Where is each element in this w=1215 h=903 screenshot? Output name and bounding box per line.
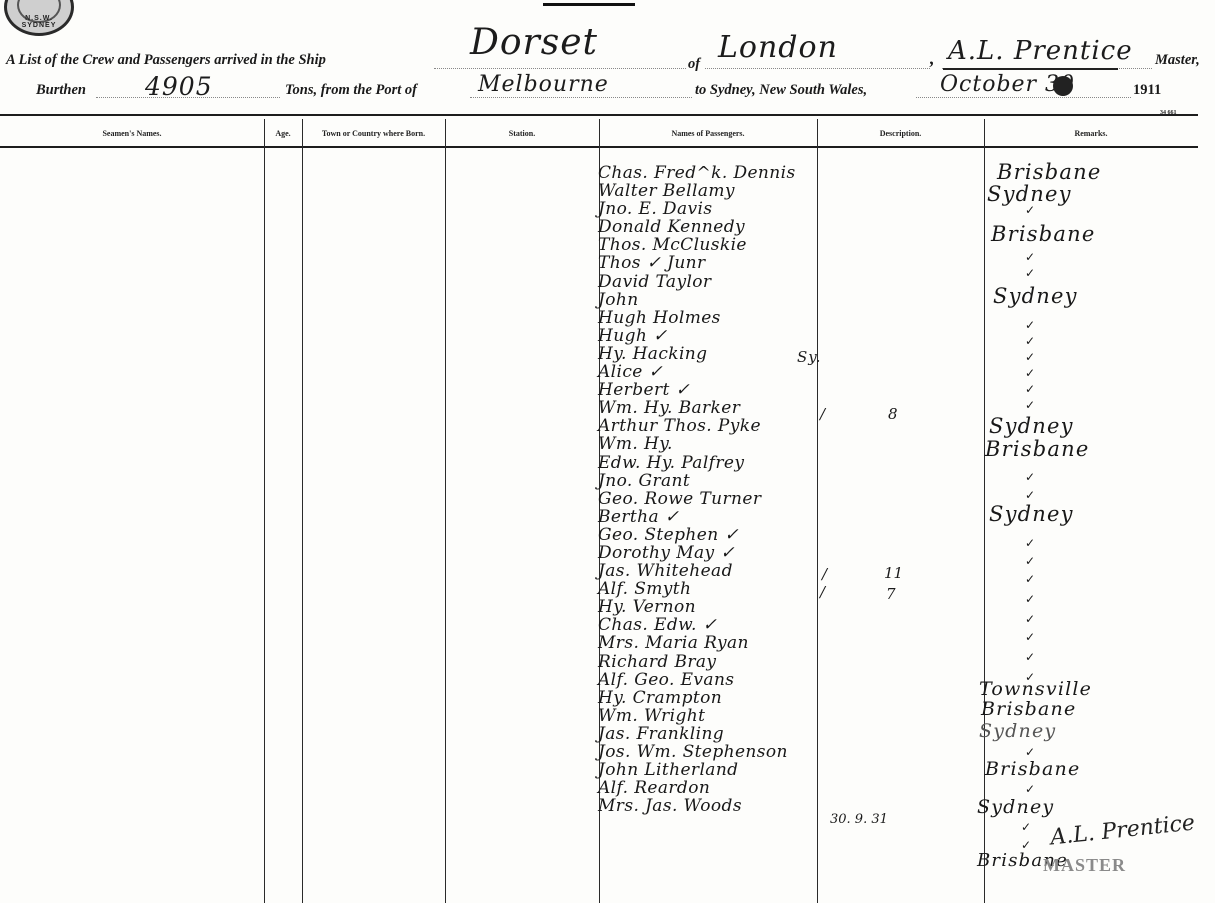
ditto-mark: ✓ <box>1025 334 1035 348</box>
description-tick: / <box>820 405 825 423</box>
master-signature: A.L. Prentice <box>1049 810 1196 850</box>
top-rule-mark <box>543 3 635 6</box>
ditto-mark: ✓ <box>1025 366 1035 380</box>
from-port-handwritten: Melbourne <box>478 72 609 97</box>
remark-destination: Brisbane <box>985 437 1089 461</box>
passenger-entry: Alf. Geo. Evans <box>598 671 823 689</box>
master-underline <box>943 68 1118 70</box>
ditto-mark: ✓ <box>1025 488 1035 502</box>
column-header-description: Description. <box>817 119 984 147</box>
passenger-entry: Jas. Frankling <box>598 725 823 743</box>
passenger-entry: Geo. Stephen ✓ <box>598 526 823 544</box>
ditto-mark: ✓ <box>1025 630 1035 644</box>
ditto-mark: ✓ <box>1025 554 1035 568</box>
passenger-entry: Hugh Holmes <box>598 309 823 327</box>
form-number: 34 661 <box>1160 110 1177 116</box>
official-seal-stamp: N.S.W. SYDNEY <box>4 0 74 36</box>
passenger-entry: Wm. Wright <box>598 707 823 725</box>
to-sydney-label: to Sydney, New South Wales, <box>695 82 867 99</box>
remark-destination: Sydney <box>979 720 1056 742</box>
ditto-mark: ✓ <box>1021 820 1031 834</box>
passenger-entry: Mrs. Maria Ryan <box>598 634 823 652</box>
comma-mark: , <box>930 48 935 69</box>
passenger-entry: Walter Bellamy <box>598 182 823 200</box>
ditto-mark: ✓ <box>1025 592 1035 606</box>
ditto-mark: ✓ <box>1025 572 1035 586</box>
column-header-passenger-names: Names of Passengers. <box>599 119 817 147</box>
passenger-entry: Herbert ✓ <box>598 381 823 399</box>
ship-name-handwritten: Dorset <box>470 22 598 63</box>
master-label: Master, <box>1155 52 1200 69</box>
passenger-entry: Donald Kennedy <box>598 218 823 236</box>
ditto-mark: ✓ <box>1025 745 1035 759</box>
passenger-entry: Edw. Hy. Palfrey <box>598 454 823 472</box>
ditto-mark: ✓ <box>1025 382 1035 396</box>
port-registry-dotted-line <box>705 68 930 69</box>
remark-destination: Sydney <box>989 414 1074 438</box>
ditto-mark: ✓ <box>1025 203 1035 217</box>
passenger-entry: Hugh ✓ <box>598 327 823 345</box>
ditto-mark: ✓ <box>1025 470 1035 484</box>
passenger-entry: Wm. Hy. Barker <box>598 399 823 417</box>
passenger-entry: David Taylor <box>598 273 823 291</box>
column-header-birthplace: Town or Country where Born. <box>302 119 445 147</box>
passenger-entry: Jos. Wm. Stephenson <box>598 743 823 761</box>
ditto-mark: ✓ <box>1025 536 1035 550</box>
ditto-mark: ✓ <box>1025 612 1035 626</box>
remark-destination: Townsville <box>979 678 1092 700</box>
remark-destination: Sydney <box>993 284 1078 308</box>
passenger-names-list: Chas. Fred^k. Dennis Walter Bellamy Jno.… <box>598 164 823 815</box>
remark-destination: Sydney <box>977 796 1054 818</box>
column-divider <box>984 119 985 903</box>
ditto-mark: ✓ <box>1025 266 1035 280</box>
column-divider <box>445 119 446 903</box>
passenger-entry: Thos ✓ Junr <box>598 254 823 272</box>
from-port-dotted-line <box>470 97 692 98</box>
passenger-entry: Alice ✓ <box>598 363 823 381</box>
column-header-remarks: Remarks. <box>984 119 1198 147</box>
column-divider <box>264 119 265 903</box>
year-label: 1911 <box>1133 82 1161 99</box>
passenger-entry: Chas. Fred^k. Dennis <box>598 164 823 182</box>
passenger-entry: Wm. Hy. <box>598 435 823 453</box>
passenger-entry: Thos. McCluskie <box>598 236 823 254</box>
passenger-entry: Arthur Thos. Pyke <box>598 417 823 435</box>
burthen-label: Burthen <box>36 82 86 99</box>
remark-destination: Sydney <box>989 502 1074 526</box>
passenger-entry: Chas. Edw. ✓ <box>598 616 823 634</box>
passenger-entry: Hy. Vernon <box>598 598 823 616</box>
table-top-rule <box>0 114 1198 116</box>
port-of-registry-handwritten: London <box>718 30 838 65</box>
remark-destination: Brisbane <box>981 698 1076 720</box>
description-tick: / <box>822 565 827 583</box>
passenger-entry: John Litherland <box>598 761 823 779</box>
passenger-entry: John <box>598 291 823 309</box>
ship-name-dotted-line <box>434 68 686 69</box>
tons-from-port-label: Tons, from the Port of <box>285 82 417 99</box>
column-header-station: Station. <box>445 119 599 147</box>
passenger-entry: Mrs. Jas. Woods <box>598 797 823 815</box>
passenger-entry: Alf. Reardon <box>598 779 823 797</box>
master-name-handwritten: A.L. Prentice <box>948 36 1133 66</box>
remark-destination: Brisbane <box>997 160 1101 184</box>
hugh-side-note: Sy. <box>797 348 822 366</box>
passenger-entry: Jno. Grant <box>598 472 823 490</box>
passenger-entry: Jno. E. Davis <box>598 200 823 218</box>
date-dotted-line <box>916 97 1131 98</box>
master-stamp: MASTER <box>1043 855 1126 876</box>
ink-blot <box>1053 76 1073 96</box>
description-age-value: 7 <box>886 585 896 603</box>
column-header-age: Age. <box>264 119 302 147</box>
list-title-label: A List of the Crew and Passengers arrive… <box>6 52 326 69</box>
ditto-mark: ✓ <box>1025 318 1035 332</box>
passenger-entry: Geo. Rowe Turner <box>598 490 823 508</box>
seal-text: N.S.W. SYDNEY <box>7 15 71 29</box>
remark-destination: Brisbane <box>985 758 1080 780</box>
passenger-entry: Richard Bray <box>598 653 823 671</box>
ditto-mark: ✓ <box>1025 350 1035 364</box>
of-label: of <box>688 56 700 73</box>
passenger-entry: Hy. Hacking <box>598 345 823 363</box>
ditto-mark: ✓ <box>1025 250 1035 264</box>
passenger-entry: Dorothy May ✓ <box>598 544 823 562</box>
burthen-tons-handwritten: 4905 <box>145 72 213 101</box>
column-header-seamen-names: Seamen's Names. <box>0 119 264 147</box>
passenger-entry: Bertha ✓ <box>598 508 823 526</box>
description-age-value: 8 <box>888 405 898 423</box>
passenger-entry: Alf. Smyth <box>598 580 823 598</box>
description-tick: / <box>820 583 825 601</box>
ditto-mark: ✓ <box>1025 650 1035 664</box>
passenger-entry: Hy. Crampton <box>598 689 823 707</box>
remark-destination: Brisbane <box>991 222 1095 246</box>
description-age-value: 11 <box>884 564 903 582</box>
ditto-mark: ✓ <box>1025 398 1035 412</box>
passenger-entry: Jas. Whitehead <box>598 562 823 580</box>
description-footer-note: 30. 9. 31 <box>830 812 888 827</box>
column-divider <box>302 119 303 903</box>
ditto-mark: ✓ <box>1025 782 1035 796</box>
